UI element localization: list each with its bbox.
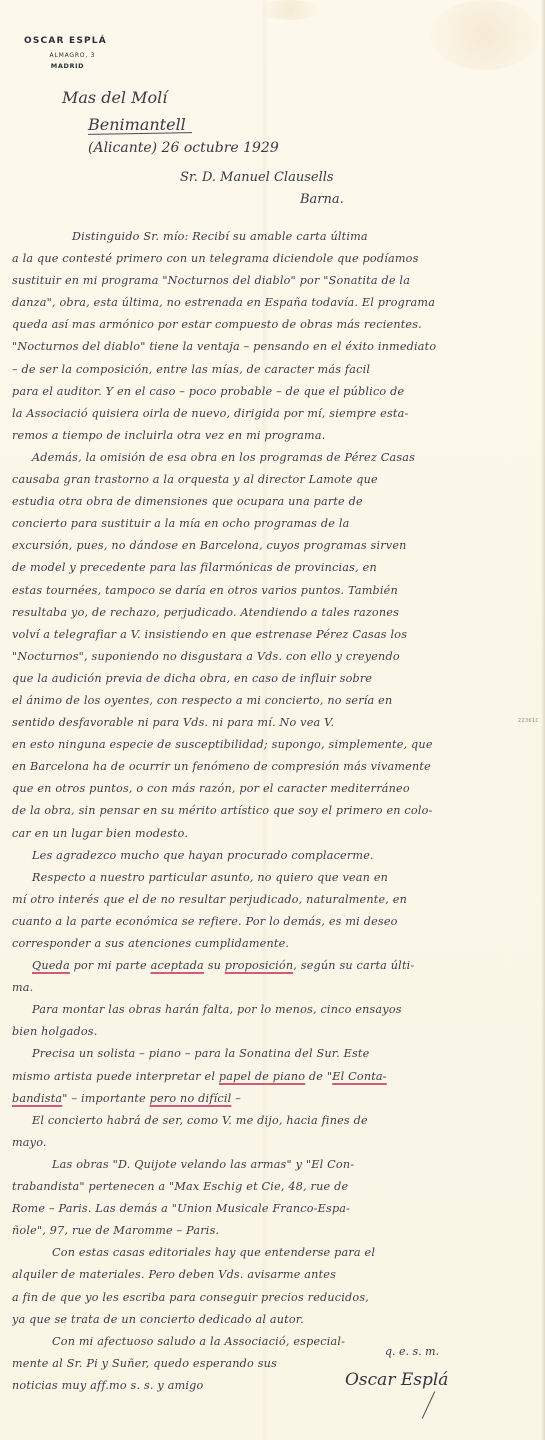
red-underline: Queda [32, 959, 70, 972]
archive-stamp: 22361C [518, 718, 539, 724]
red-underline: aceptada [151, 959, 204, 972]
letter-line: Con estas casas editoriales hay que ente… [12, 1242, 542, 1264]
letter-line: mismo artista puede interpretar el papel… [12, 1066, 542, 1088]
red-underline: pero no difícil [150, 1092, 232, 1105]
red-underline: papel de piano [219, 1070, 305, 1083]
letter-line: mayo. [12, 1132, 542, 1154]
letter-line: para el auditor. Y en el caso – poco pro… [12, 381, 542, 403]
letter-line: ya que se trata de un concierto dedicado… [12, 1309, 542, 1331]
letter-line: El concierto habrá de ser, como V. me di… [12, 1110, 542, 1132]
letter-line: Precisa un solista – piano – para la Son… [12, 1043, 542, 1065]
letter-line: ma. [12, 977, 542, 999]
letter-line: de la obra, sin pensar en su mérito artí… [12, 800, 542, 822]
recipient-name: Sr. D. Manuel Clausells [180, 170, 334, 185]
letter-line: danza", obra, esta última, no estrenada … [12, 292, 542, 314]
letter-line: resultaba yo, de rechazo, perjudicado. A… [12, 602, 542, 624]
closing-formula: q. e. s. m. [385, 1345, 439, 1358]
letter-line: car en un lugar bien modesto. [12, 823, 542, 845]
letter-line: a la que contesté primero con un telegra… [12, 248, 542, 270]
letter-line: volví a telegrafiar a V. insistiendo en … [12, 624, 542, 646]
letter-line: Queda por mi parte aceptada su proposici… [12, 955, 542, 977]
place-line-1: Mas del Molí [62, 88, 167, 107]
letter-line: trabandista" pertenecen a "Max Eschig et… [12, 1176, 542, 1198]
letter-line: que la audición previa de dicha obra, en… [12, 668, 542, 690]
letter-line: corresponder a sus atenciones cumplidame… [12, 933, 542, 955]
letter-line: queda así mas armónico por estar compues… [12, 314, 542, 336]
letter-line: Con mi afectuoso saludo a la Associació,… [12, 1331, 542, 1353]
letterhead-street: ALMAGRO, 3 [38, 52, 107, 59]
red-underline: El Conta- [332, 1070, 387, 1083]
letter-line: sentido desfavorable ni para Vds. ni par… [12, 712, 542, 734]
letter-line: de model y precedente para las filarmóni… [12, 557, 542, 579]
letterhead: OSCAR ESPLÁ ALMAGRO, 3 MADRID [24, 36, 107, 70]
letter-line: estas tournées, tampoco se daría en otro… [12, 580, 542, 602]
letter-line: sustituir en mi programa "Nocturnos del … [12, 270, 542, 292]
red-underline: proposición [225, 959, 293, 972]
letter-line: cuanto a la parte económica se refiere. … [12, 911, 542, 933]
letter-body: Distinguido Sr. mío: Recibí su amable ca… [12, 226, 542, 1397]
place-date-line: (Alicante) 26 octubre 1929 [88, 140, 279, 156]
letter-line: remos a tiempo de incluirla otra vez en … [12, 425, 542, 447]
letter-line: "Nocturnos", suponiendo no disgustara a … [12, 646, 542, 668]
red-underline: bandista [12, 1092, 62, 1105]
paper-stain [430, 0, 540, 70]
letter-line: Respecto a nuestro particular asunto, no… [12, 867, 542, 889]
letter-line: a fin de que yo les escriba para consegu… [12, 1287, 542, 1309]
letter-line: estudia otra obra de dimensiones que ocu… [12, 491, 542, 513]
letter-line: el ánimo de los oyentes, con respecto a … [12, 690, 542, 712]
letterhead-name: OSCAR ESPLÁ [24, 36, 107, 46]
letter-line: causaba gran trastorno a la orquesta y a… [12, 469, 542, 491]
recipient-city: Barna. [300, 192, 344, 207]
letter-line: en esto ninguna especie de susceptibilid… [12, 734, 542, 756]
letter-line: la Associació quisiera oirla de nuevo, d… [12, 403, 542, 425]
letter-line: Rome – Paris. Las demás a "Union Musical… [12, 1198, 542, 1220]
letter-line: ñole", 97, rue de Maromme – Paris. [12, 1220, 542, 1242]
letter-line: bien holgados. [12, 1021, 542, 1043]
place-line-2: Benimantell [88, 115, 186, 134]
letter-line: Las obras "D. Quijote velando las armas"… [12, 1154, 542, 1176]
signature: Oscar Esplá [345, 1370, 448, 1390]
letter-line: Les agradezco mucho que hayan procurado … [12, 845, 542, 867]
letter-line: excursión, pues, no dándose en Barcelona… [12, 535, 542, 557]
letter-line: noticias muy aff.mo s. s. y amigo [12, 1375, 542, 1397]
paper-stain [260, 0, 320, 20]
letter-line: Distinguido Sr. mío: Recibí su amable ca… [12, 226, 542, 248]
letter-line: "Nocturnos del diablo" tiene la ventaja … [12, 336, 542, 358]
letter-line: Además, la omisión de esa obra en los pr… [12, 447, 542, 469]
letter-line: concierto para sustituir a la mía en och… [12, 513, 542, 535]
letter-line: que en otros puntos, o con más razón, po… [12, 778, 542, 800]
letter-line: Para montar las obras harán falta, por l… [12, 999, 542, 1021]
letter-line: mente al Sr. Pi y Suñer, quedo esperando… [12, 1353, 542, 1375]
letter-line: bandista" – importante pero no difícil – [12, 1088, 542, 1110]
letter-line: en Barcelona ha de ocurrir un fenómeno d… [12, 756, 542, 778]
letter-line: – de ser la composición, entre las mías,… [12, 359, 542, 381]
letter-line: mí otro interés que el de no resultar pe… [12, 889, 542, 911]
letter-line: alquiler de materiales. Pero deben Vds. … [12, 1264, 542, 1286]
letterhead-city: MADRID [28, 62, 107, 70]
